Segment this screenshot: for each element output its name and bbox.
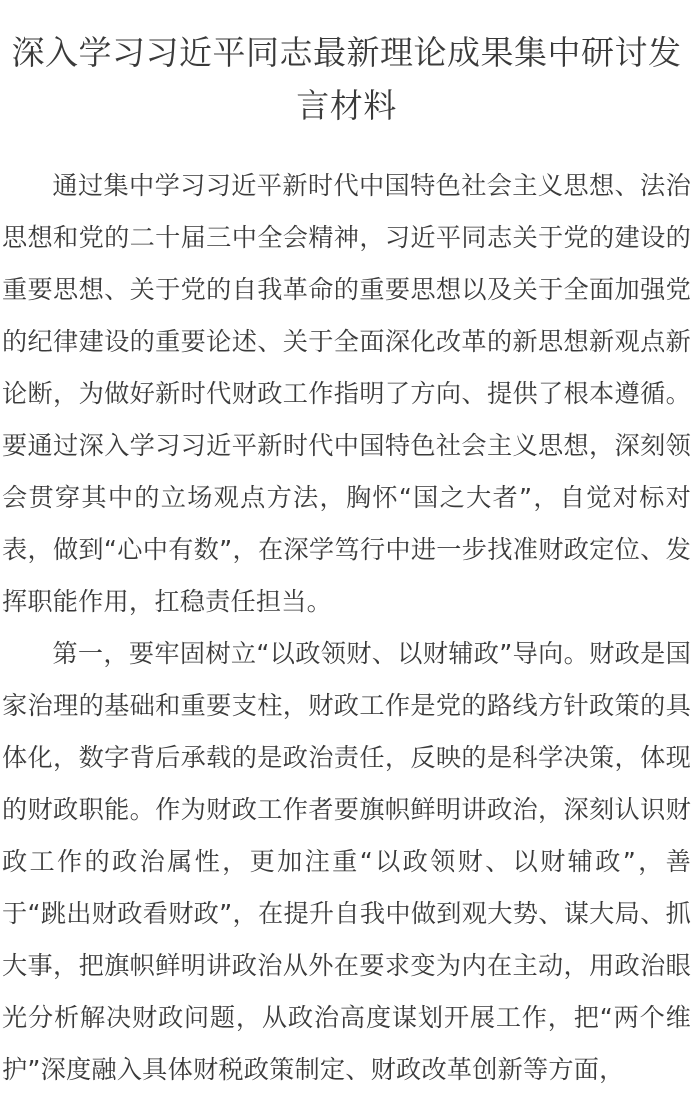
paragraph-first-point: 第一，要牢固树立“以政领财、以财辅政”导向。财政是国家治理的基础和重要支柱，财政… <box>2 628 691 1096</box>
document-title: 深入学习习近平同志最新理论成果集中研讨发言材料 <box>2 0 691 132</box>
document: 深入学习习近平同志最新理论成果集中研讨发言材料 通过集中学习习近平新时代中国特色… <box>0 0 693 1096</box>
document-body: 通过集中学习习近平新时代中国特色社会主义思想、法治思想和党的二十届三中全会精神，… <box>2 160 691 1096</box>
paragraph-intro: 通过集中学习习近平新时代中国特色社会主义思想、法治思想和党的二十届三中全会精神，… <box>2 160 691 628</box>
